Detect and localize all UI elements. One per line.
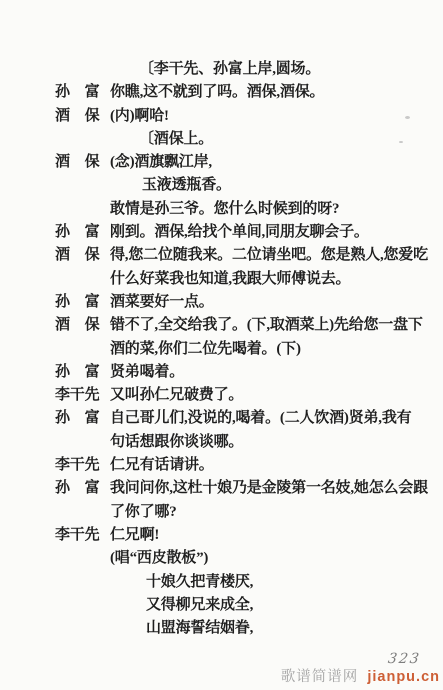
speaker-label: 酒 保 — [55, 314, 101, 337]
line-text: 刚到。酒保,给找个单间,同朋友聊会子。 — [110, 221, 369, 244]
line-text: 敢情是孙三爷。您什么时候到的呀? — [110, 201, 339, 217]
scanned-script-page: 〔李干先、孙富上岸,圆场。孙 富你瞧,这不就到了吗。酒保,酒保。酒 保(内)啊哈… — [0, 0, 443, 690]
line-text: 〔酒保上。 — [139, 131, 213, 147]
dialogue-line: 孙 富我问问你,这杜十娘乃是金陵第一名妓,她怎么会跟 — [0, 477, 443, 500]
cont-line: (唱“西皮散板”) — [0, 547, 443, 570]
line-text: 又叫孙仁兄破费了。 — [110, 384, 243, 407]
line-text: 玉液透瓶香。 — [142, 177, 231, 193]
cont-line: 敢情是孙三爷。您什么时候到的呀? — [0, 198, 443, 221]
dialogue-line: 李干先又叫孙仁兄破费了。 — [0, 384, 443, 407]
speaker-label: 孙 富 — [55, 291, 101, 314]
verse-line: 玉液透瓶香。 — [0, 174, 443, 197]
stage-line: 〔李干先、孙富上岸,圆场。 — [0, 58, 443, 81]
line-text: 什么好菜我也知道,我跟大师傅说去。 — [110, 271, 350, 287]
watermark-domain-link[interactable]: jianpu.cn — [367, 669, 440, 685]
script-body: 〔李干先、孙富上岸,圆场。孙 富你瞧,这不就到了吗。酒保,酒保。酒 保(内)啊哈… — [0, 0, 443, 640]
speaker-label: 孙 富 — [55, 407, 101, 430]
dialogue-line: 李干先仁兄啊! — [0, 524, 443, 547]
speaker-label: 酒 保 — [55, 151, 101, 174]
line-text: 自己哥儿们,没说的,喝着。(二人饮酒)贤弟,我有 — [110, 407, 411, 430]
dialogue-line: 酒 保(内)啊哈! — [0, 105, 443, 128]
speaker-label: 李干先 — [55, 384, 101, 407]
watermark-site-name: 歌谱简谱网 — [281, 669, 359, 685]
line-text: (念)酒旗飘江岸, — [110, 151, 212, 174]
stage-line: 〔酒保上。 — [0, 128, 443, 151]
dialogue-line: 酒 保得,您二位随我来。二位请坐吧。您是熟人,您爱吃 — [0, 244, 443, 267]
print-artifact — [399, 141, 403, 143]
line-text: (内)啊哈! — [110, 105, 169, 128]
line-text: 了你了哪? — [110, 504, 177, 520]
dialogue-line: 孙 富酒菜要好一点。 — [0, 291, 443, 314]
line-text: 你瞧,这不就到了吗。酒保,酒保。 — [110, 81, 324, 104]
dialogue-line: 酒 保(念)酒旗飘江岸, — [0, 151, 443, 174]
line-text: (唱“西皮散板”) — [110, 550, 208, 566]
line-text: 酒菜要好一点。 — [110, 291, 214, 314]
line-text: 贤弟喝着。 — [110, 361, 184, 384]
line-text: 仁兄啊! — [110, 524, 159, 547]
line-text: 十娘久把青楼厌, — [146, 574, 253, 590]
cont-line: 了你了哪? — [0, 501, 443, 524]
dialogue-line: 孙 富自己哥儿们,没说的,喝着。(二人饮酒)贤弟,我有 — [0, 407, 443, 430]
song-line: 山盟海誓结姻眷, — [0, 617, 443, 640]
line-text: 我问问你,这杜十娘乃是金陵第一名妓,她怎么会跟 — [110, 477, 428, 500]
speaker-label: 孙 富 — [55, 477, 101, 500]
line-text: 又得柳兄来成全, — [146, 597, 253, 613]
dialogue-line: 李干先仁兄有话请讲。 — [0, 454, 443, 477]
line-text: 仁兄有话请讲。 — [110, 454, 214, 477]
line-text: 句话想跟你谈谈哪。 — [110, 434, 243, 450]
dialogue-line: 孙 富贤弟喝着。 — [0, 361, 443, 384]
speaker-label: 酒 保 — [55, 244, 101, 267]
line-text: 错不了,全交给我了。(下,取酒菜上)先给您一盘下 — [110, 314, 423, 337]
line-text: 〔李干先、孙富上岸,圆场。 — [139, 61, 320, 77]
line-text: 酒的菜,你们二位先喝着。(下) — [110, 341, 301, 357]
dialogue-line: 孙 富你瞧,这不就到了吗。酒保,酒保。 — [0, 81, 443, 104]
print-artifact — [405, 116, 410, 119]
cont-line: 酒的菜,你们二位先喝着。(下) — [0, 338, 443, 361]
watermark: 歌谱简谱网 jianpu.cn — [281, 665, 440, 686]
speaker-label: 李干先 — [55, 524, 101, 547]
song-line: 又得柳兄来成全, — [0, 594, 443, 617]
line-text: 得,您二位随我来。二位请坐吧。您是熟人,您爱吃 — [110, 244, 428, 267]
speaker-label: 孙 富 — [55, 221, 101, 244]
speaker-label: 孙 富 — [55, 81, 101, 104]
dialogue-line: 孙 富刚到。酒保,给找个单间,同朋友聊会子。 — [0, 221, 443, 244]
dialogue-line: 酒 保错不了,全交给我了。(下,取酒菜上)先给您一盘下 — [0, 314, 443, 337]
song-line: 十娘久把青楼厌, — [0, 571, 443, 594]
cont-line: 什么好菜我也知道,我跟大师傅说去。 — [0, 268, 443, 291]
cont-line: 句话想跟你谈谈哪。 — [0, 431, 443, 454]
line-text: 山盟海誓结姻眷, — [146, 620, 253, 636]
speaker-label: 孙 富 — [55, 361, 101, 384]
speaker-label: 李干先 — [55, 454, 101, 477]
speaker-label: 酒 保 — [55, 105, 101, 128]
